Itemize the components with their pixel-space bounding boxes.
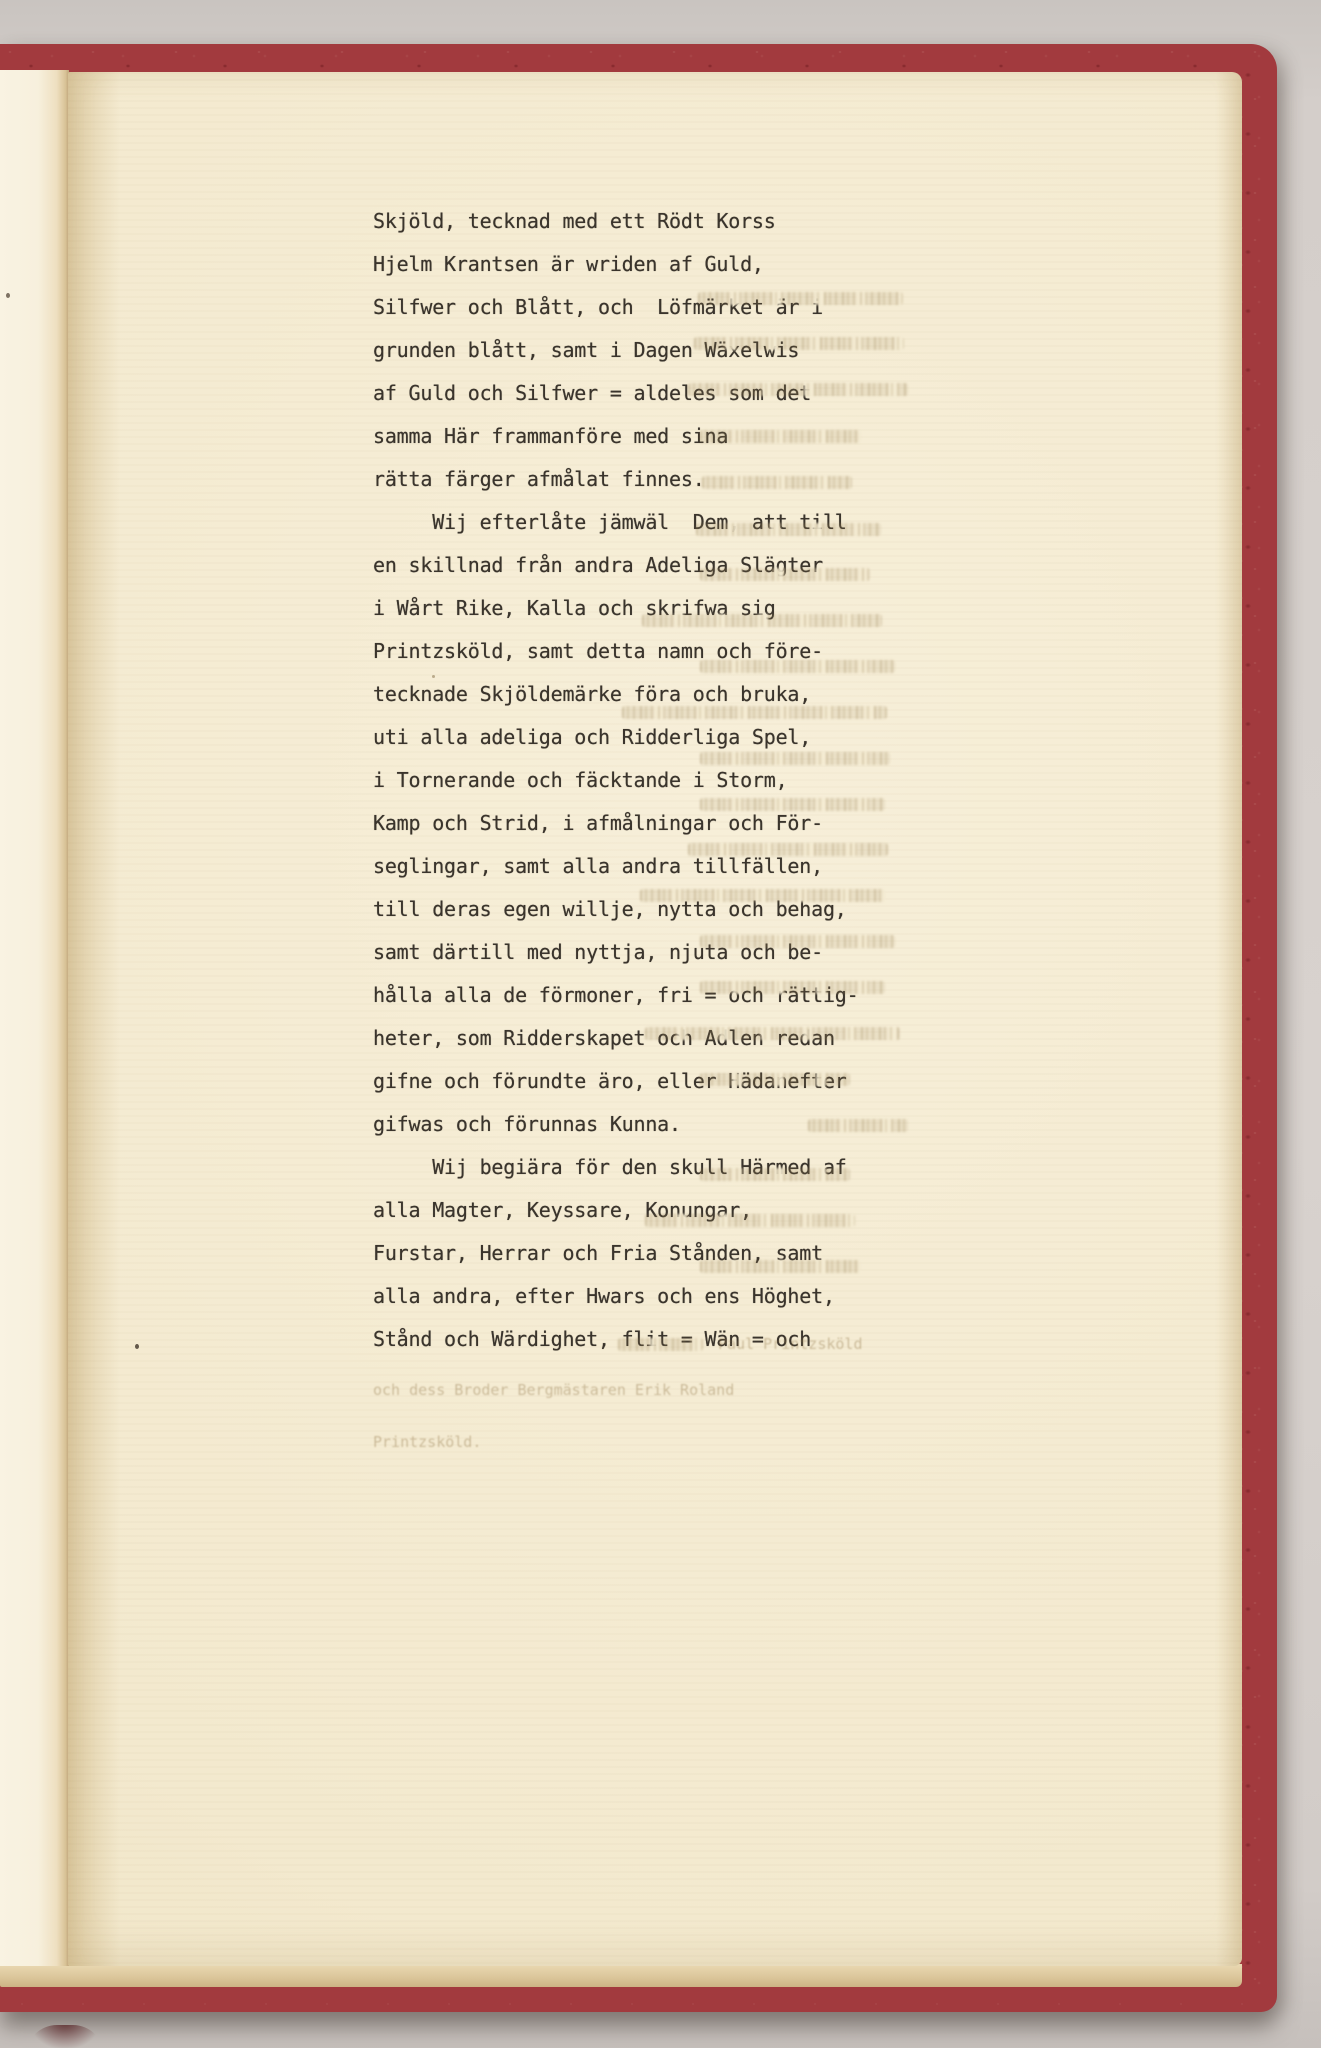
bleedthrough-mark [700, 1073, 850, 1086]
photo-backdrop: Skjöld, tecknad med ett Rödt KorssHjelm … [0, 0, 1321, 2048]
page-block-edge [0, 1964, 1242, 1987]
bleedthrough-mark [698, 292, 903, 305]
typed-line: Skjöld, tecknad med ett Rödt Korss [373, 200, 858, 243]
bleedthrough-mark [696, 523, 881, 536]
typed-line: Hjelm Krantsen är wriden af Guld, [373, 243, 858, 286]
typed-line: i Tornerande och fäcktande i Storm, [373, 759, 858, 802]
facing-page-edge [0, 70, 69, 1966]
bleedthrough-text: Printzsköld. [373, 1432, 481, 1452]
bleedthrough-mark [700, 935, 895, 948]
bleedthrough-mark [700, 798, 885, 811]
bleedthrough-mark [700, 660, 895, 673]
bleedthrough-mark [700, 568, 870, 581]
bleedthrough-mark [640, 889, 885, 902]
paper-speck [6, 293, 10, 298]
manuscript-page: Skjöld, tecknad med ett Rödt KorssHjelm … [68, 72, 1242, 1966]
bleedthrough-mark [700, 981, 885, 994]
typed-line: gifwas och förunnas Kunna. [373, 1103, 858, 1146]
bleedthrough-mark [688, 843, 888, 856]
bleedthrough-mark [808, 1119, 908, 1132]
paper-speck [135, 1344, 139, 1349]
bleedthrough-mark [694, 337, 904, 350]
typed-text-block: Skjöld, tecknad med ett Rödt KorssHjelm … [373, 200, 858, 1361]
bleedthrough-mark [700, 430, 860, 443]
bleedthrough-mark [700, 1260, 860, 1273]
typed-line: alla andra, efter Hwars och ens Höghet, [373, 1275, 858, 1318]
bleedthrough-text: och dess Broder Bergmästaren Erik Roland [373, 1380, 734, 1400]
bleedthrough-mark [642, 614, 882, 627]
bleedthrough-mark [688, 383, 908, 396]
bleedthrough-mark [700, 1168, 850, 1181]
spine-fold-bottom [26, 2025, 104, 2048]
bleedthrough-mark [618, 1338, 703, 1351]
typed-line: grunden blått, samt i Dagen Wäxelwis [373, 329, 858, 372]
bleedthrough-mark [702, 476, 852, 489]
bleedthrough-mark [700, 752, 890, 765]
bleedthrough-text: Paul Printzsköld [718, 1334, 863, 1354]
bleedthrough-mark [645, 1214, 855, 1227]
paper-speck [432, 675, 435, 678]
bleedthrough-mark [622, 706, 887, 719]
bleedthrough-mark [645, 1027, 900, 1040]
